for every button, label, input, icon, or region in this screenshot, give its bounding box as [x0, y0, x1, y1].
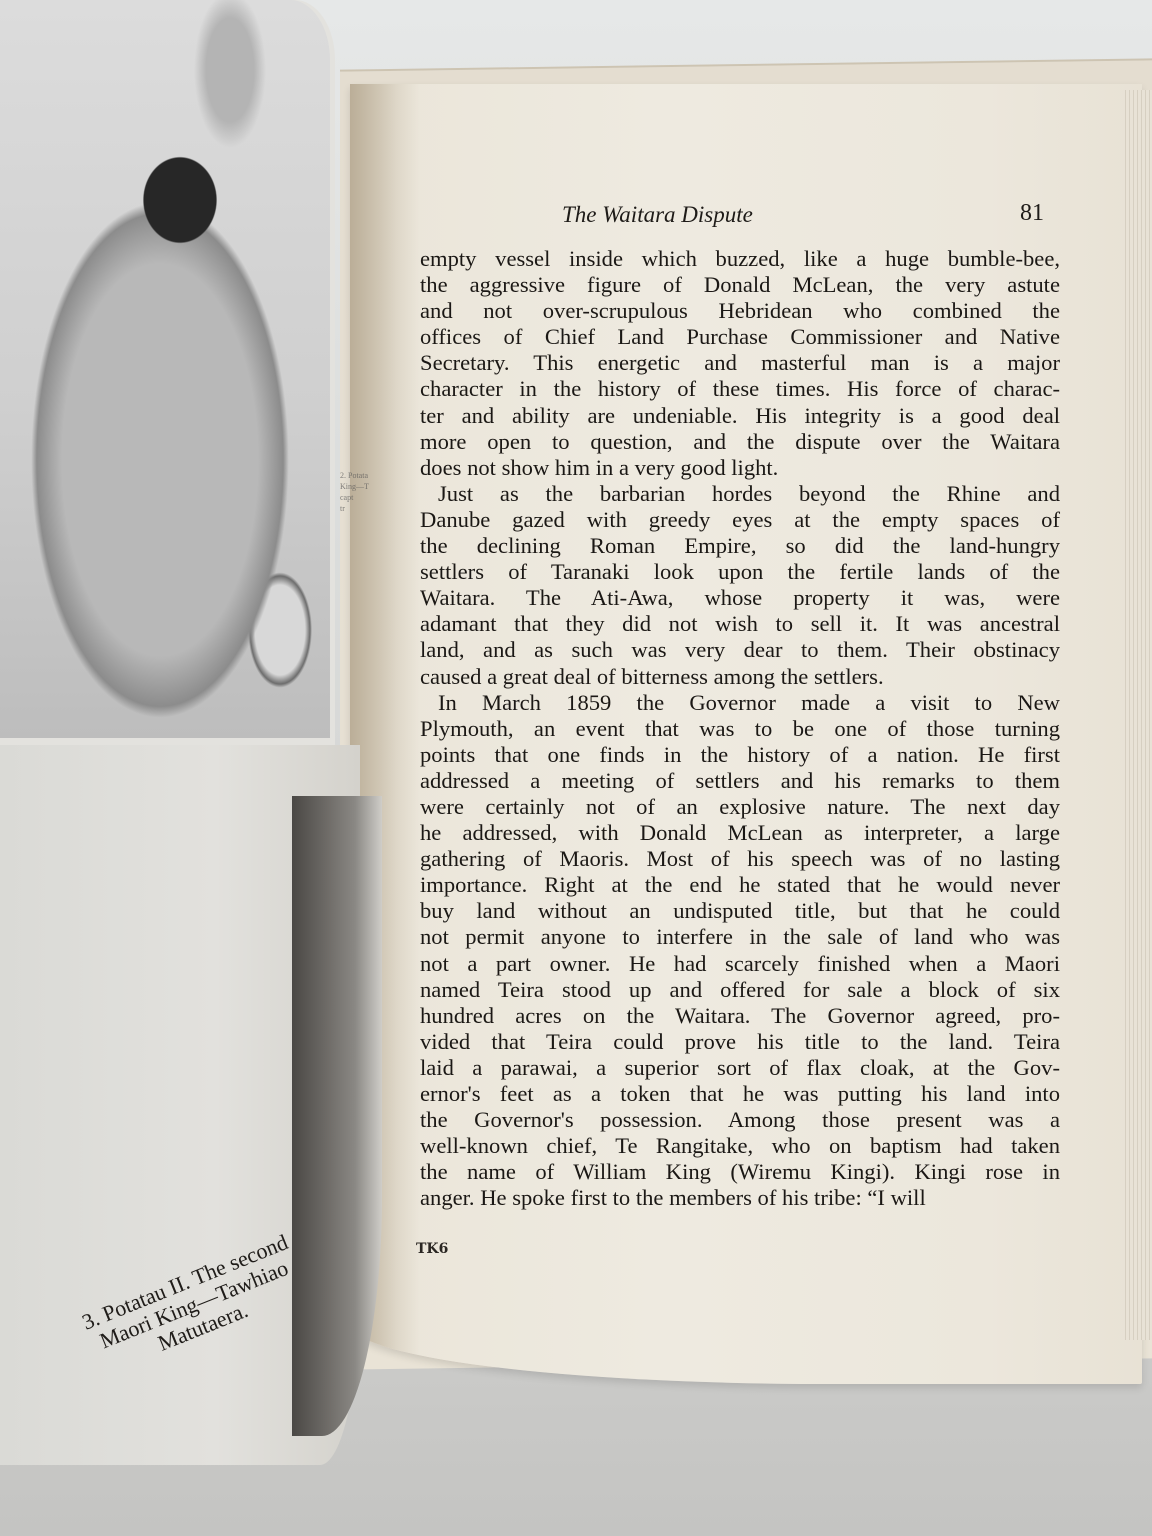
text-line: not a part owner. He had scarcely finish…: [420, 951, 1060, 977]
text-line: ter and ability are undeniable. His inte…: [420, 403, 1060, 429]
text-line: the Governor's possession. Among those p…: [420, 1107, 1060, 1133]
text-line: Danube gazed with greedy eyes at the emp…: [420, 507, 1060, 533]
text-line: the aggressive figure of Donald McLean, …: [420, 272, 1060, 298]
text-line: and not over-scrupulous Hebridean who co…: [420, 298, 1060, 324]
text-line: buy land without an undisputed title, bu…: [420, 898, 1060, 924]
text-line: Secretary. This energetic and masterful …: [420, 350, 1060, 376]
page-edges: [1122, 90, 1152, 1340]
page-number: 81: [964, 200, 1044, 227]
text-line: Just as the barbarian hordes beyond the …: [420, 481, 1060, 507]
text-line: anger. He spoke first to the members of …: [420, 1185, 1060, 1211]
text-line: empty vessel inside which buzzed, like a…: [420, 246, 1060, 272]
text-line: Waitara. The Ati-Awa, whose property it …: [420, 585, 1060, 611]
text-line: vided that Teira could prove his title t…: [420, 1029, 1060, 1055]
text-line: not permit anyone to interfere in the sa…: [420, 924, 1060, 950]
signature-mark: TK6: [416, 1241, 448, 1257]
text-line: character in the history of these times.…: [420, 376, 1060, 402]
text-line: points that one finds in the history of …: [420, 742, 1060, 768]
text-line: Plymouth, an event that was to be one of…: [420, 716, 1060, 742]
text-line: he addressed, with Donald McLean as inte…: [420, 820, 1060, 846]
text-line: caused a great deal of bitterness among …: [420, 664, 1060, 690]
side-caption-line: 2. Potata: [340, 471, 368, 480]
text-line: the declining Roman Empire, so did the l…: [420, 533, 1060, 559]
text-line: hundred acres on the Waitara. The Govern…: [420, 1003, 1060, 1029]
side-caption-line: King—T: [340, 482, 369, 491]
text-line: addressed a meeting of settlers and his …: [420, 768, 1060, 794]
side-caption-line: capt: [340, 493, 353, 502]
text-line: offices of Chief Land Purchase Commissio…: [420, 324, 1060, 350]
text-line: does not show him in a very good light.: [420, 455, 1060, 481]
text-line: adamant that they did not wish to sell i…: [420, 611, 1060, 637]
text-line: importance. Right at the end he stated t…: [420, 872, 1060, 898]
left-page: 2. Potata King—T capt tr 3. Potatau II. …: [0, 0, 380, 1536]
text-line: In March 1859 the Governor made a visit …: [420, 690, 1060, 716]
text-line: well-known chief, Te Rangitake, who on b…: [420, 1133, 1060, 1159]
running-head: The Waitara Dispute: [562, 202, 962, 228]
text-line: named Teira stood up and offered for sal…: [420, 977, 1060, 1003]
right-page: The Waitara Dispute 81 empty vessel insi…: [350, 84, 1142, 1384]
text-line: gathering of Maoris. Most of his speech …: [420, 846, 1060, 872]
side-caption-fragment: 2. Potata King—T capt tr: [340, 470, 370, 590]
illustration-cloaked-chief: [0, 0, 330, 738]
side-caption-line: tr: [340, 504, 345, 513]
text-line: the name of William King (Wiremu Kingi).…: [420, 1159, 1060, 1185]
text-line: more open to question, and the dispute o…: [420, 429, 1060, 455]
text-line: land, and as such was very dear to them.…: [420, 637, 1060, 663]
body-text: empty vessel inside which buzzed, like a…: [420, 246, 1060, 1211]
text-line: laid a parawai, a superior sort of flax …: [420, 1055, 1060, 1081]
text-line: were certainly not of an explosive natur…: [420, 794, 1060, 820]
text-line: settlers of Taranaki look upon the ferti…: [420, 559, 1060, 585]
illustration-portrait-potatau: [292, 796, 382, 1436]
text-line: ernor's feet as a token that he was putt…: [420, 1081, 1060, 1107]
